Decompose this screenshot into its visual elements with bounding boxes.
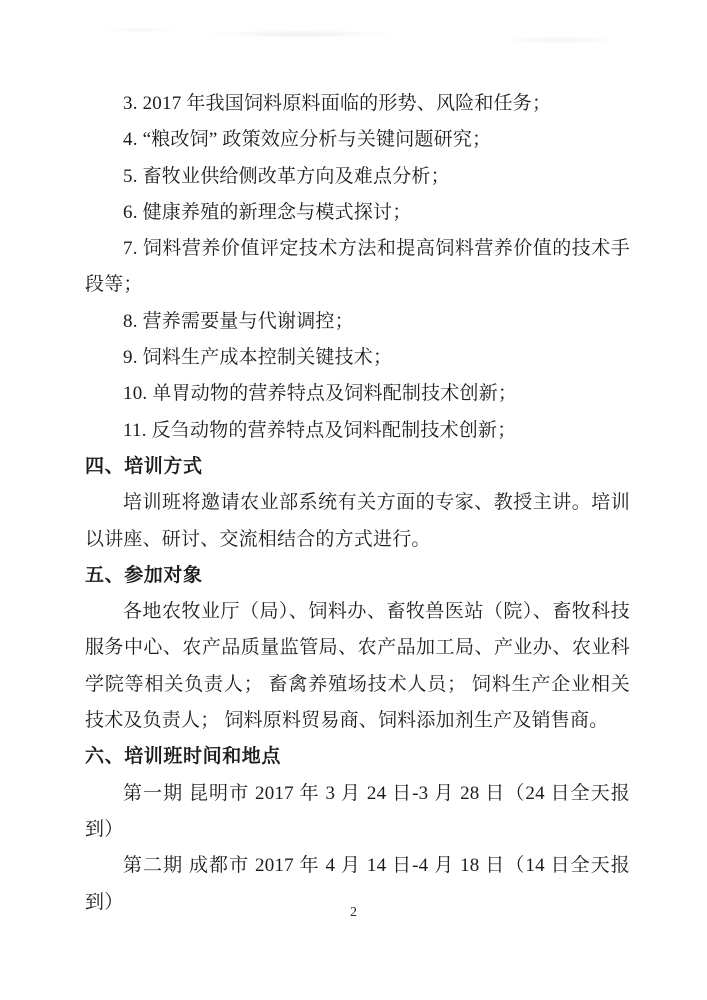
section-heading-training-method: 四、培训方式 <box>85 449 630 485</box>
document-content: 3. 2017 年我国饲料原料面临的形势、风险和任务； 4. “粮改饲” 政策效… <box>85 86 630 921</box>
list-item-11: 11. 反刍动物的营养特点及饲料配制技术创新； <box>85 413 630 449</box>
section-heading-time-and-place: 六、培训班时间和地点 <box>85 739 630 775</box>
list-item-5: 5. 畜牧业供给侧改革方向及难点分析； <box>85 159 630 195</box>
paragraph-training-method: 培训班将邀请农业部系统有关方面的专家、教授主讲。培训以讲座、研讨、交流相结合的方… <box>85 485 630 558</box>
list-item-3: 3. 2017 年我国饲料原料面临的形势、风险和任务； <box>85 86 630 122</box>
list-item-6: 6. 健康养殖的新理念与模式探讨； <box>85 195 630 231</box>
paragraph-session-1: 第一期 昆明市 2017 年 3 月 24 日-3 月 28 日（24 日全天报… <box>85 776 630 849</box>
section-heading-participants: 五、参加对象 <box>85 558 630 594</box>
page-number: 2 <box>0 903 707 923</box>
list-item-10: 10. 单胃动物的营养特点及饲料配制技术创新； <box>85 376 630 412</box>
list-item-4: 4. “粮改饲” 政策效应分析与关键问题研究； <box>85 122 630 158</box>
list-item-8: 8. 营养需要量与代谢调控； <box>85 304 630 340</box>
list-item-7: 7. 饲料营养价值评定技术方法和提高饲料营养价值的技术手段等； <box>85 231 630 304</box>
document-page: 3. 2017 年我国饲料原料面临的形势、风险和任务； 4. “粮改饲” 政策效… <box>0 0 707 1000</box>
list-item-9: 9. 饲料生产成本控制关键技术； <box>85 340 630 376</box>
paragraph-participants: 各地农牧业厅（局）、饲料办、畜牧兽医站（院）、畜牧科技服务中心、农产品质量监管局… <box>85 594 630 739</box>
